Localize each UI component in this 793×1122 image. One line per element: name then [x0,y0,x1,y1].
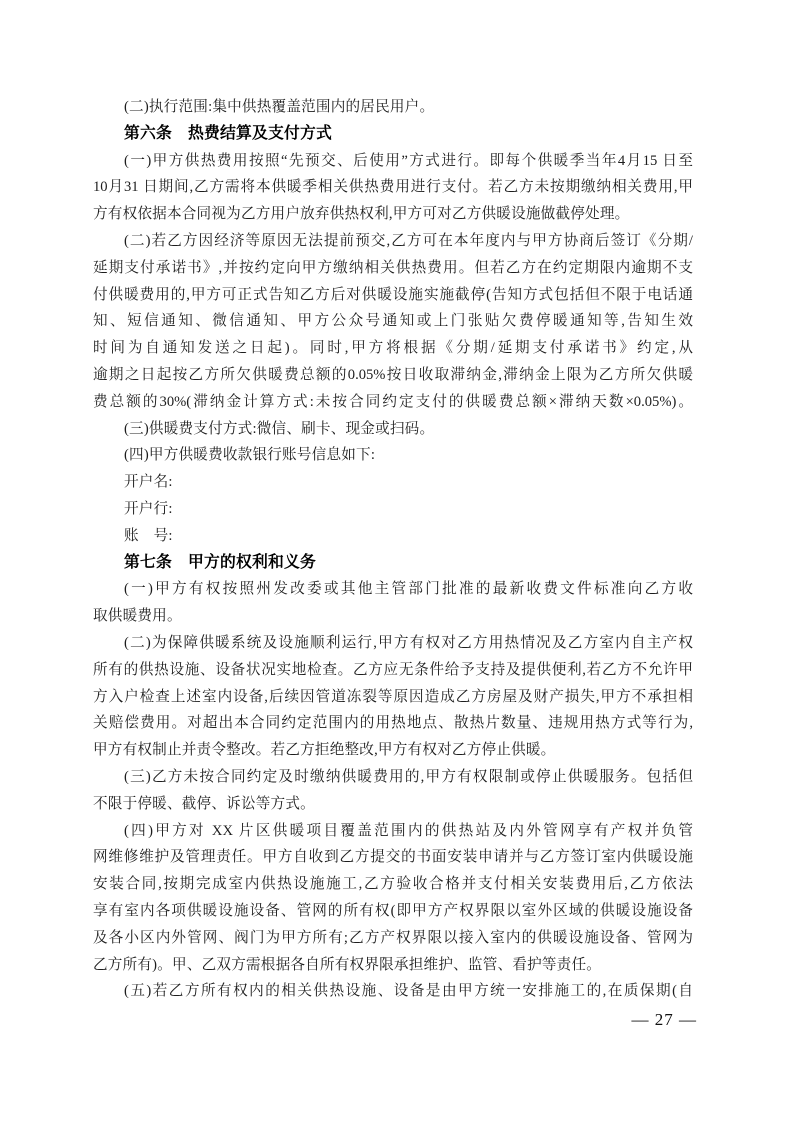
document-line: 及各小区内外管网、阀门为甲方所有;乙方产权界限以接入室内的供暖设施设备、管网为 [93,925,693,952]
document-line: 账 号: [93,523,693,550]
section-heading: 第七条 甲方的权利和义务 [93,550,693,577]
document-line: (二)为保障供暖系统及设施顺利运行,甲方有权对乙方用热情况及乙方室内自主产权 [93,630,693,657]
document-line: (四)甲方供暖费收款银行账号信息如下: [93,442,693,469]
document-line: (一)甲方供热费用按照“先预交、后使用”方式进行。即每个供暖季当年4月15 日至 [93,148,693,175]
document-line: 乙方所有)。甲、乙双方需根据各自所有权界限承担维护、监管、看护等责任。 [93,952,693,979]
document-body: (二)执行范围:集中供热覆盖范围内的居民用户。第六条 热费结算及支付方式(一)甲… [93,94,693,1005]
section-heading: 第六条 热费结算及支付方式 [93,121,693,148]
document-line: 开户行: [93,496,693,523]
document-line: 所有的供热设施、设备状况实地检查。乙方应无条件给予支持及提供便利,若乙方不允许甲 [93,657,693,684]
page-number: — 27 — [632,1006,698,1033]
document-line: (五)若乙方所有权内的相关供热设施、设备是由甲方统一安排施工的,在质保期(自 [93,978,693,1005]
document-line: (一)甲方有权按照州发改委或其他主管部门批准的最新收费文件标准向乙方收 [93,576,693,603]
document-line: (二)执行范围:集中供热覆盖范围内的居民用户。 [93,94,693,121]
document-page: (二)执行范围:集中供热覆盖范围内的居民用户。第六条 热费结算及支付方式(一)甲… [0,0,793,1122]
document-line: 不限于停暖、截停、诉讼等方式。 [93,791,693,818]
document-line: 取供暖费用。 [93,603,693,630]
document-line: 逾期之日起按乙方所欠供暖费总额的0.05%按日收取滞纳金,滞纳金上限为乙方所欠供… [93,362,693,389]
document-line: 方入户检查上述室内设备,后续因管道冻裂等原因造成乙方房屋及财产损失,甲方不承担相 [93,684,693,711]
document-line: 开户名: [93,469,693,496]
document-line: 关赔偿费用。对超出本合同约定范围内的用热地点、散热片数量、违规用热方式等行为, [93,710,693,737]
document-line: 享有室内各项供暖设施设备、管网的所有权(即甲方产权界限以室外区域的供暖设施设备 [93,898,693,925]
document-line: 付供暖费用的,甲方可正式告知乙方后对供暖设施实施截停(告知方式包括但不限于电话通 [93,282,693,309]
document-line: (二)若乙方因经济等原因无法提前预交,乙方可在本年度内与甲方协商后签订《分期/ [93,228,693,255]
document-line: 延期支付承诺书》,并按约定向甲方缴纳相关供热费用。但若乙方在约定期限内逾期不支 [93,255,693,282]
document-line: 10月31 日期间,乙方需将本供暖季相关供热费用进行支付。若乙方未按期缴纳相关费… [93,174,693,201]
document-line: 甲方有权制止并责令整改。若乙方拒绝整改,甲方有权对乙方停止供暖。 [93,737,693,764]
document-line: 时间为自通知发送之日起)。同时,甲方将根据《分期/延期支付承诺书》约定,从 [93,335,693,362]
document-line: 安装合同,按期完成室内供热设施施工,乙方验收合格并支付相关安装费用后,乙方依法 [93,871,693,898]
document-line: 方有权依据本合同视为乙方用户放弃供热权利,甲方可对乙方供暖设施做截停处理。 [93,201,693,228]
document-line: 知、短信通知、微信通知、甲方公众号通知或上门张贴欠费停暖通知等,告知生效 [93,308,693,335]
document-line: (四)甲方对 XX 片区供暖项目覆盖范围内的供热站及内外管网享有产权并负管 [93,818,693,845]
document-line: 网维修维护及管理责任。甲方自收到乙方提交的书面安装申请并与乙方签订室内供暖设施 [93,844,693,871]
document-line: (三)乙方未按合同约定及时缴纳供暖费用的,甲方有权限制或停止供暖服务。包括但 [93,764,693,791]
document-line: (三)供暖费支付方式:微信、刷卡、现金或扫码。 [93,416,693,443]
document-line: 费总额的30%(滞纳金计算方式:未按合同约定支付的供暖费总额×滞纳天数×0.05… [93,389,693,416]
